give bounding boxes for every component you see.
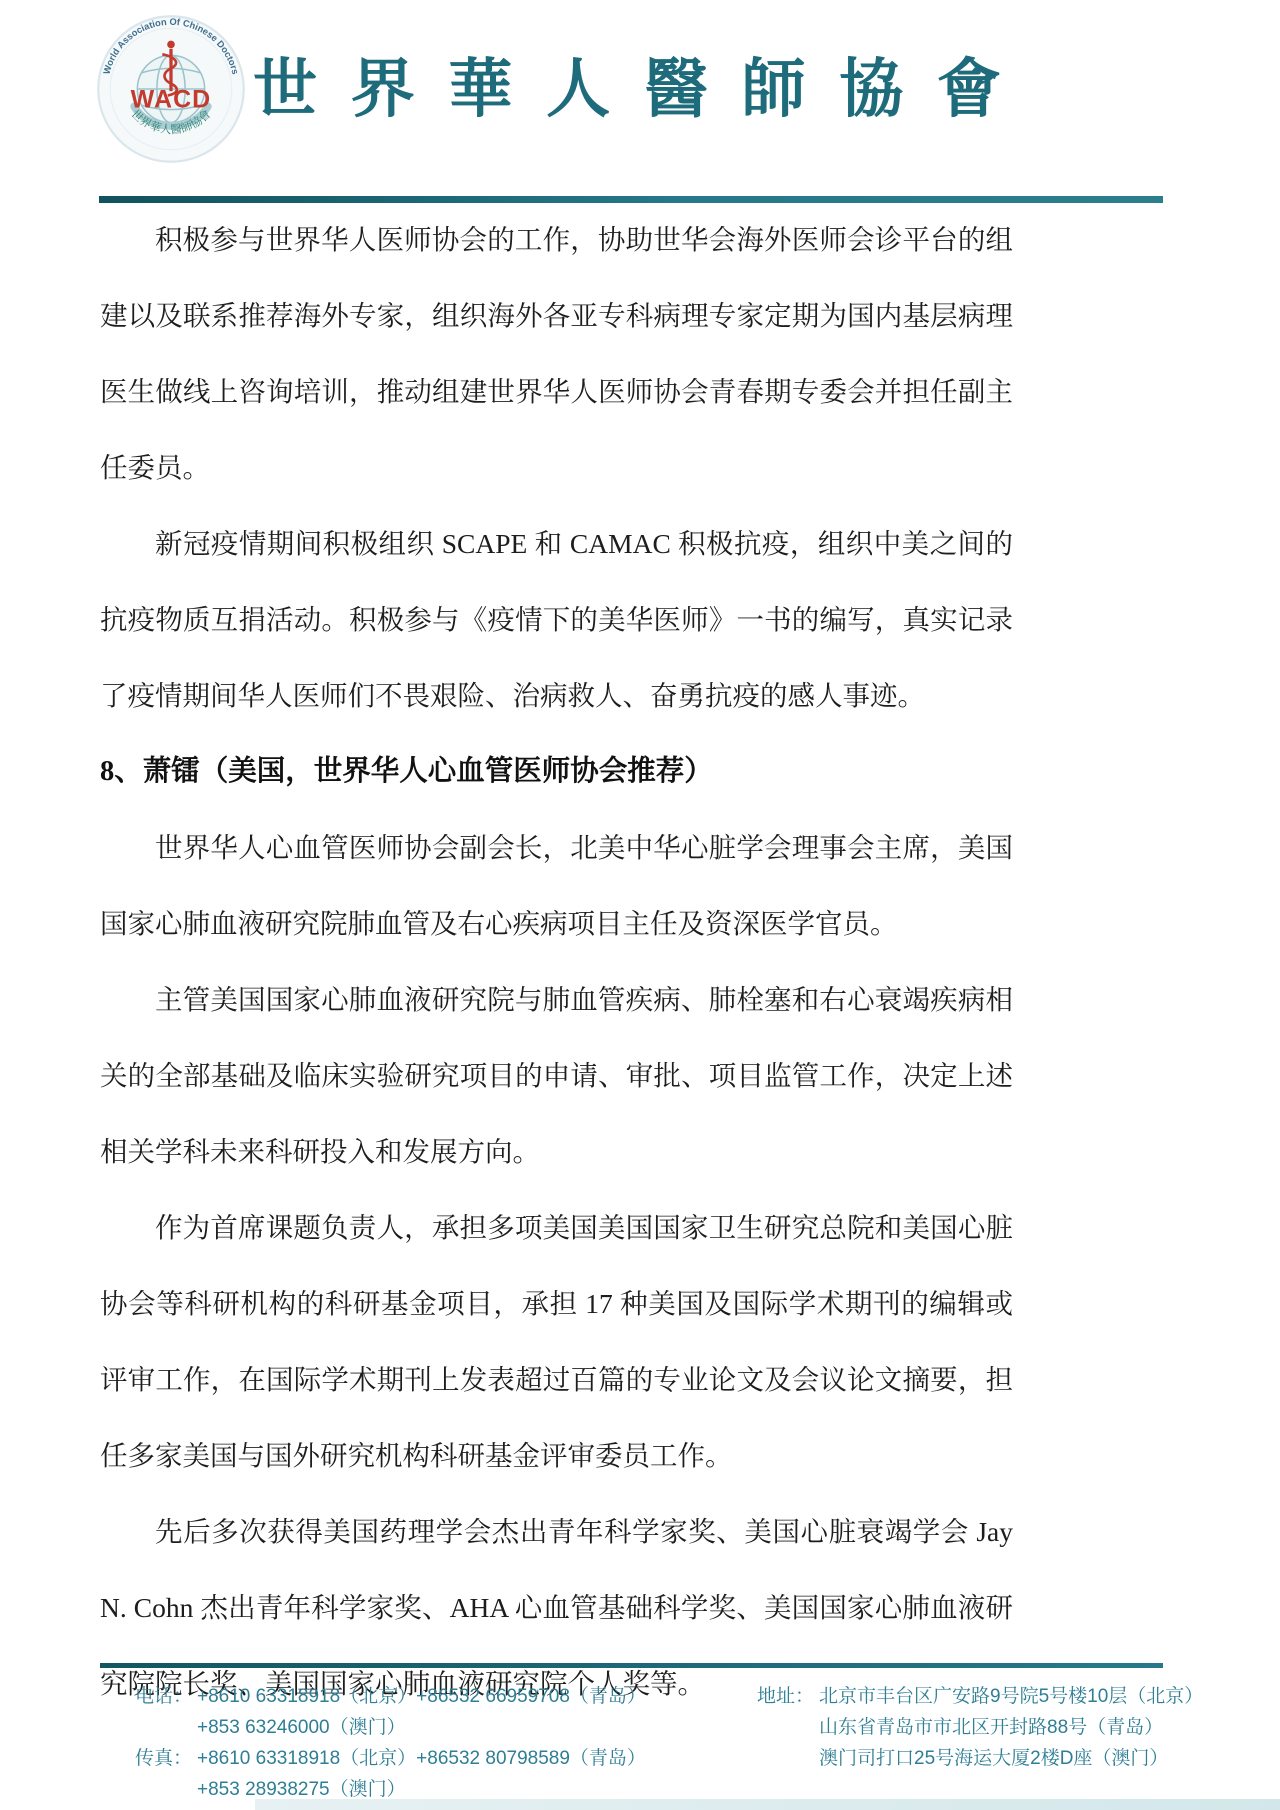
org-title-char: 華 [448,54,512,124]
body-paragraph-1: 积极参与世界华人医师协会的工作，协助世华会海外医师会诊平台的组建以及联系推荐海外… [100,202,1013,506]
address-line2: 山东省青岛市市北区开封路88号（青岛） [819,1712,1203,1743]
phone-numbers-line2: +853 63246000（澳门） [197,1712,646,1743]
bottom-accent-bar [255,1799,1280,1810]
wacd-logo: WACD World Association Of Chinese Doctor… [95,12,247,166]
phone-row: 电话： +8610 63318918（北京）+86532 66959708（青岛… [135,1681,646,1712]
fax-label: 传真： [135,1743,197,1774]
org-title-char: 世 [253,54,317,124]
document-body: 积极参与世界华人医师协会的工作，协助世华会海外医师会诊平台的组建以及联系推荐海外… [100,202,1013,1722]
fax-numbers-line1: +8610 63318918（北京）+86532 80798589（青岛） [197,1743,646,1774]
document-header: WACD World Association Of Chinese Doctor… [95,12,1001,166]
org-title-char: 會 [937,54,1001,124]
body-paragraph-3: 世界华人心血管医师协会副会长，北美中华心脏学会理事会主席，美国国家心肺血液研究院… [100,810,1013,962]
footer-divider [100,1663,1163,1668]
fax-row: 传真： +8610 63318918（北京）+86532 80798589（青岛… [135,1743,646,1774]
org-title-char: 界 [351,54,415,124]
address-line1: 北京市丰台区广安路9号院5号楼10层（北京） [819,1681,1203,1712]
org-title-char: 醫 [644,54,708,124]
org-title-char: 師 [742,54,806,124]
section-heading: 8、萧镭（美国，世界华人心血管医师协会推荐） [100,734,1013,810]
logo-acronym: WACD [131,85,212,113]
footer-contact-block: 电话： +8610 63318918（北京）+86532 66959708（青岛… [135,1681,646,1805]
address-row: 地址： 北京市丰台区广安路9号院5号楼10层（北京） [757,1681,1203,1712]
body-paragraph-5: 作为首席课题负责人，承担多项美国美国国家卫生研究总院和美国心脏协会等科研机构的科… [100,1190,1013,1494]
address-label: 地址： [757,1681,819,1712]
body-paragraph-2: 新冠疫情期间积极组织 SCAPE 和 CAMAC 积极抗疫，组织中美之间的抗疫物… [100,506,1013,734]
document-footer: 电话： +8610 63318918（北京）+86532 66959708（青岛… [0,1663,1280,1803]
org-title-char: 協 [839,54,903,124]
address-line3: 澳门司打口25号海运大厦2楼D座（澳门） [819,1743,1203,1774]
org-title-char: 人 [546,54,610,124]
document-page: WACD World Association Of Chinese Doctor… [0,0,1280,1810]
phone-label: 电话： [135,1681,197,1712]
body-paragraph-4: 主管美国国家心肺血液研究院与肺血管疾病、肺栓塞和右心衰竭疾病相关的全部基础及临床… [100,962,1013,1190]
phone-numbers-line1: +8610 63318918（北京）+86532 66959708（青岛） [197,1681,646,1712]
org-title: 世 界 華 人 醫 師 協 會 [253,54,1001,124]
footer-address-block: 地址： 北京市丰台区广安路9号院5号楼10层（北京） 山东省青岛市市北区开封路8… [757,1681,1203,1774]
